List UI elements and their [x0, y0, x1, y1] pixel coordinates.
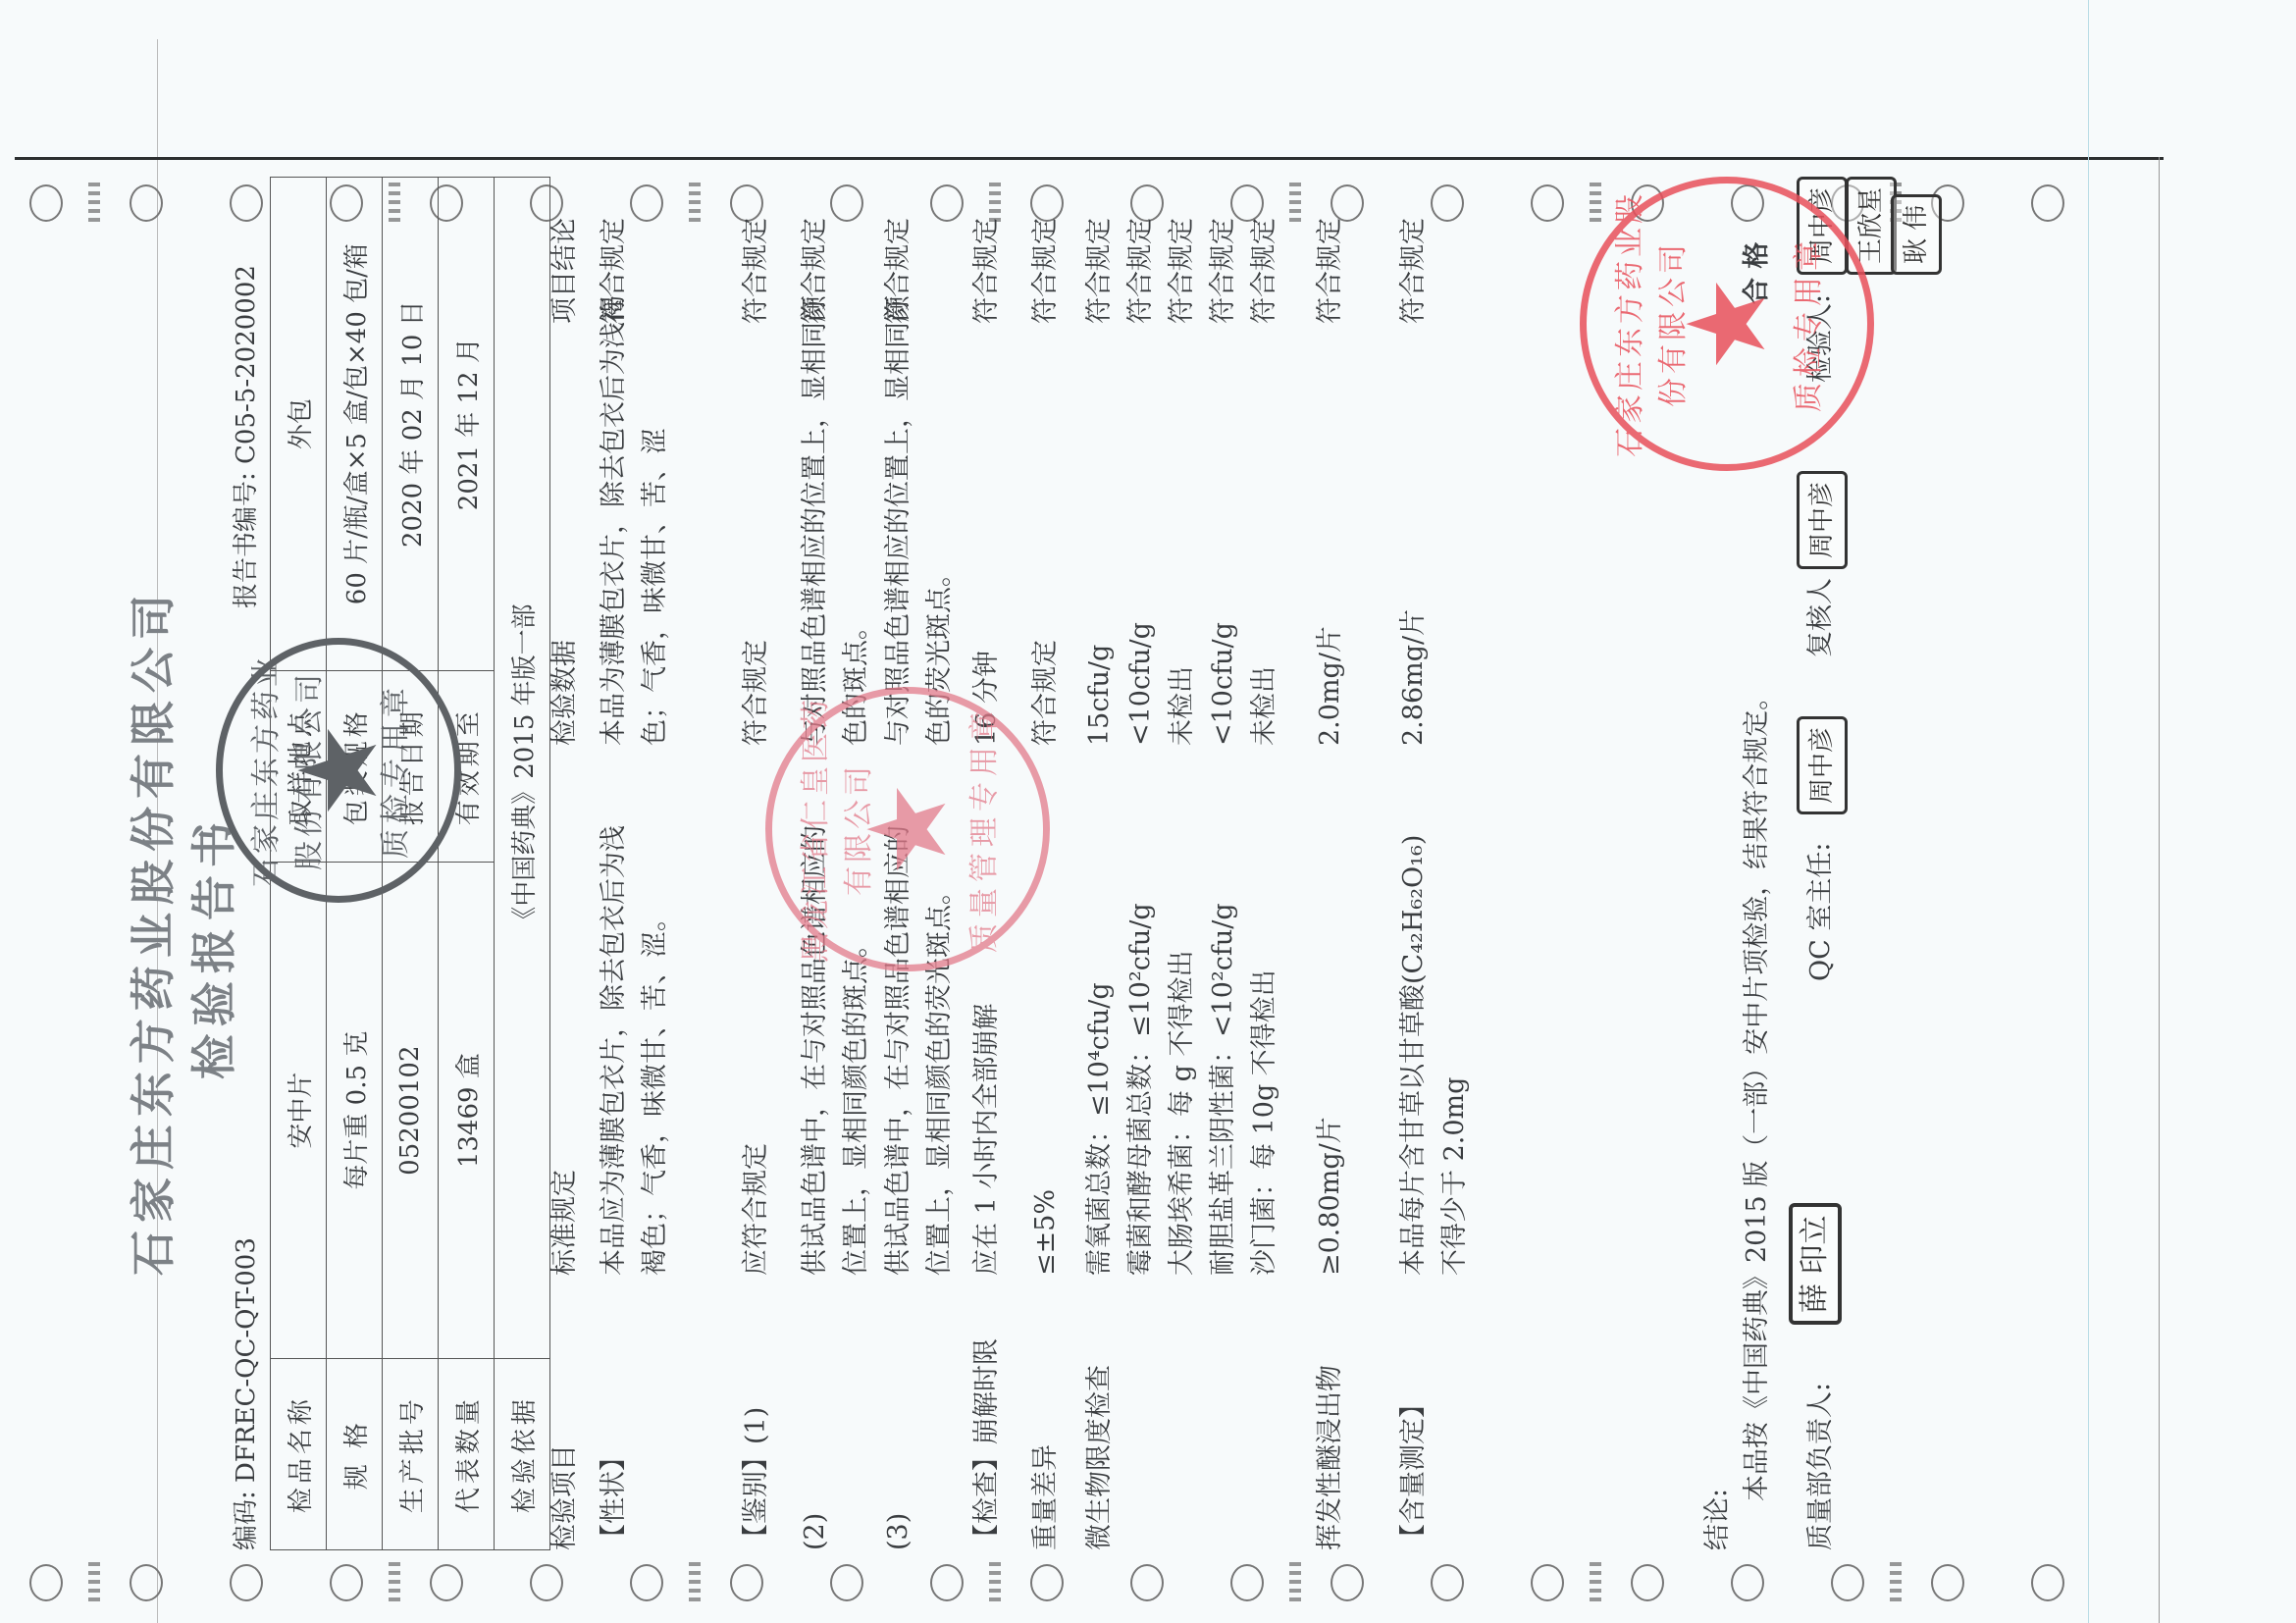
- test-result: 符合规定: [1244, 218, 1285, 324]
- test-standard: 需氧菌总数：≤10⁴cfu/g: [1079, 814, 1121, 1276]
- test-result: 符合规定: [1393, 218, 1435, 324]
- paper-perforation-line: [15, 157, 2164, 160]
- document-title: 检验报告书: [179, 814, 243, 1079]
- tractor-hole: [2031, 1564, 2064, 1601]
- info-value: 每片重 0.5 克: [327, 863, 383, 1359]
- test-data: 本品为薄膜包衣片，除去包衣后为浅褐色；气香，味微甘、苦、涩: [594, 294, 676, 746]
- info-label: 检品名称: [271, 1359, 327, 1550]
- test-result: 符合规定: [1121, 218, 1162, 324]
- test-item: 【含量测定】: [1393, 1391, 1435, 1550]
- info-value: 13469 盒: [439, 863, 495, 1359]
- inspector-seal-3: 耿 伟: [1891, 194, 1942, 275]
- test-data: 符合规定: [736, 294, 777, 746]
- tractor-hole: [29, 1564, 63, 1601]
- test-standard: 本品应为薄膜包衣片，除去包衣后为浅褐色；气香，味微甘、苦、涩。: [594, 814, 676, 1276]
- test-standard: 大肠埃希菌：每 g 不得检出: [1162, 814, 1203, 1276]
- test-standard: ≥0.80mg/片: [1310, 814, 1351, 1276]
- seal-subtext: 质检专用章: [1784, 177, 1827, 471]
- test-standard: 霉菌和酵母菌总数：≤10²cfu/g: [1121, 814, 1162, 1276]
- test-data: 未检出: [1162, 294, 1203, 746]
- test-data: 2.0mg/片: [1310, 294, 1351, 746]
- conclusion-label: 结论:: [1697, 1489, 1739, 1550]
- company-quality-seal-gray: 石家庄东方药业股份有限公司 ★ 质检专用章: [216, 638, 461, 903]
- test-item: 重量差异: [1025, 1444, 1067, 1550]
- reviewer-seal: 周中彦: [1797, 471, 1848, 569]
- test-standard: 本品每片含甘草以甘草酸(C₄₂H₆₂O₁₆)不得少于 2.0mg: [1393, 814, 1476, 1276]
- test-data: 与对照品色谱相应的位置上，显相同颜色的荧光斑点。: [878, 294, 961, 746]
- info-value: 安中片: [271, 863, 327, 1359]
- report-number-value: C05-5-2020002: [232, 265, 261, 464]
- seal-subtext: 质检专用章: [371, 638, 414, 903]
- info-label: 代表数量: [439, 1359, 495, 1550]
- test-result: 符合规定: [1025, 218, 1067, 324]
- test-data: <10cfu/g: [1203, 294, 1244, 746]
- test-standard: 应符合规定: [736, 814, 777, 1276]
- paper-edge-line: [2088, 0, 2089, 1623]
- company-name: 石家庄东方药业股份有限公司: [118, 587, 183, 1276]
- tractor-hole: [2031, 184, 2064, 222]
- info-value: 60 片/瓶/盒×5 盒/包×40 包/箱: [327, 178, 383, 671]
- test-standard: 耐胆盐革兰阴性菌：<10²cfu/g: [1203, 814, 1244, 1276]
- info-value: 《中国药典》2015 年版一部: [495, 178, 550, 1359]
- test-item: 【检查】崩解时限: [966, 1338, 1008, 1550]
- test-result: 符合规定: [594, 218, 635, 324]
- inspection-report: 石家庄东方药业股份有限公司 检验报告书 编码: DFREC-QC-QT-003 …: [88, 177, 2011, 1590]
- report-number-label: 报告书编号:: [232, 472, 261, 608]
- test-result: 符合规定: [795, 218, 836, 324]
- test-standard: 沙门菌：每 10g 不得检出: [1244, 814, 1285, 1276]
- test-result: 符合规定: [1162, 218, 1203, 324]
- test-data: 15cfu/g: [1079, 294, 1121, 746]
- paper-edge-line: [2159, 157, 2160, 1623]
- reviewer-label: 复核人: [1800, 578, 1842, 657]
- info-label: 规 格: [327, 1359, 383, 1550]
- test-result: 符合规定: [736, 218, 777, 324]
- qc-head-label: QC 室主任:: [1800, 843, 1842, 981]
- test-result: 符合规定: [878, 218, 919, 324]
- doc-code-label: 编码:: [232, 1491, 261, 1550]
- info-label: 检验依据: [495, 1359, 550, 1550]
- test-data: 未检出: [1244, 294, 1285, 746]
- test-data: 与对照品色谱相应的位置上，显相同颜色的斑点。: [795, 294, 877, 746]
- tractor-hole: [29, 184, 63, 222]
- test-item: 【性状】: [594, 1444, 635, 1550]
- info-value: 05200102: [383, 863, 439, 1359]
- test-data: 符合规定: [1025, 294, 1067, 746]
- test-result: 符合规定: [1079, 218, 1121, 324]
- company-quality-seal-red: 石家庄东方药业股份有限公司 ★ 质检专用章: [1580, 177, 1874, 471]
- test-data: 16 分钟: [966, 294, 1008, 746]
- info-value: 外包: [271, 178, 327, 671]
- header-standard: 标准规定: [545, 814, 586, 1276]
- doc-code-value: DFREC-QC-QT-003: [232, 1237, 261, 1483]
- info-row: 代表数量13469 盒有效期至2021 年 12 月: [439, 178, 495, 1550]
- test-item: (2): [795, 1513, 836, 1550]
- test-data: 2.86mg/片: [1393, 294, 1435, 746]
- seal-text: 石家庄东方药业股份有限公司: [1605, 177, 1692, 471]
- test-data: <10cfu/g: [1121, 294, 1162, 746]
- report-number: 报告书编号: C05-5-2020002: [226, 265, 262, 608]
- seal-text: 黑龙江省仁皇医药有限公司: [791, 687, 877, 971]
- test-item: 【鉴别】(1): [736, 1407, 777, 1550]
- qc-head-seal: 周中彦: [1797, 716, 1848, 814]
- test-result: 符合规定: [1310, 218, 1351, 324]
- header-item: 检验项目: [545, 1444, 586, 1550]
- test-item: 微生物限度检查: [1079, 1365, 1121, 1550]
- test-result: 符合规定: [1203, 218, 1244, 324]
- seal-subtext: 质量管理专用章: [960, 687, 1003, 971]
- test-result: 符合规定: [966, 218, 1008, 324]
- info-row-basis: 检验依据《中国药典》2015 年版一部: [495, 178, 550, 1550]
- info-value: 2021 年 12 月: [439, 178, 495, 671]
- qa-head-seal: 薛 印立: [1789, 1203, 1842, 1325]
- info-label: 生产批号: [383, 1359, 439, 1550]
- test-item: 挥发性醚浸出物: [1310, 1365, 1351, 1550]
- doc-code: 编码: DFREC-QC-QT-003: [226, 1237, 262, 1550]
- seal-text: 石家庄东方药业股份有限公司: [241, 638, 328, 903]
- info-value: 2020 年 02 月 10 日: [383, 178, 439, 671]
- conclusion-text: 本品按《中国药典》2015 版（一部）安中片项检验，结果符合规定。: [1737, 684, 1778, 1501]
- test-item: (3): [878, 1513, 919, 1550]
- header-data: 检验数据: [545, 294, 586, 746]
- header-result: 项目结论: [545, 218, 586, 324]
- qa-head-label: 质量部负责人:: [1800, 1383, 1842, 1550]
- partner-quality-seal: 黑龙江省仁皇医药有限公司 ★ 质量管理专用章: [765, 687, 1050, 971]
